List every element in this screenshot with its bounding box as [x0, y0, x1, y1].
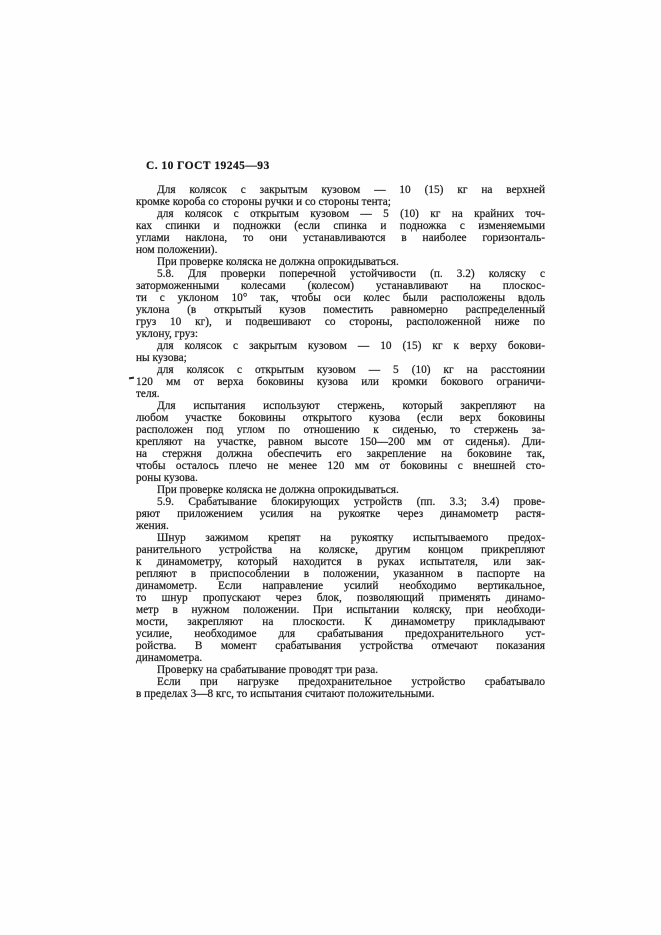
paragraph: 5.9. Срабатывание блокирующих устройств … [136, 496, 545, 532]
text-line: 120 мм от верха боковины кузова или кром… [136, 376, 545, 388]
text-line: кромке короба со стороны ручки и со стор… [136, 196, 545, 208]
text-line: Если при нагрузке предохранительное устр… [136, 676, 545, 688]
paragraph: При проверке коляска не должна опрокидыв… [136, 484, 545, 496]
paragraph: Шнур зажимом крепят на рукоятку испытыва… [136, 532, 545, 664]
text-line: Проверку на срабатывание проводят три ра… [136, 664, 545, 676]
text-line: чтобы осталось плечо не менее 120 мм от … [136, 460, 545, 472]
paragraph: для колясок с закрытым кузовом — 10 (15)… [136, 340, 545, 364]
paragraph: Для испытания используют стержень, котор… [136, 400, 545, 484]
paragraph: для колясок с открытым кузовом — 5 (10) … [136, 364, 545, 400]
text-line: на стержня должна обеспечить его закрепл… [136, 448, 545, 460]
text-line: ти с уклоном 10° так, чтобы оси колес бы… [136, 292, 545, 304]
paragraph: 5.8. Для проверки поперечной устойчивост… [136, 268, 545, 340]
paragraph: Для колясок с закрытым кузовом — 10 (15)… [136, 184, 545, 208]
text-line: к динамометру, который находится в руках… [136, 556, 545, 568]
text-line: крепляют на участке, равном высоте 150—2… [136, 436, 545, 448]
text-line: для колясок с открытым кузовом — 5 (10) … [136, 364, 545, 376]
text-line: для колясок с закрытым кузовом — 10 (15)… [136, 340, 545, 352]
scanned-document-page: С. 10 ГОСТ 19245—93 Для колясок с закрыт… [0, 0, 661, 935]
paragraph: для колясок с открытым кузовом — 5 (10) … [136, 208, 545, 256]
text-line: для колясок с открытым кузовом — 5 (10) … [136, 208, 545, 220]
text-line: груз 10 кг), и подвешивают со стороны, р… [136, 316, 545, 328]
running-header: С. 10 ГОСТ 19245—93 [146, 160, 270, 172]
text-line: уклону, груз: [136, 328, 545, 340]
text-line: углами наклона, то они устанавливаются в… [136, 232, 545, 244]
text-line: метр в нужном положении. При испытании к… [136, 604, 545, 616]
paragraph: Если при нагрузке предохранительное устр… [136, 676, 545, 700]
text-line: жения. [136, 520, 545, 532]
text-line: любом участке боковины открытого кузова … [136, 412, 545, 424]
text-line: Шнур зажимом крепят на рукоятку испытыва… [136, 532, 545, 544]
text-line: ройства. В момент срабатывания устройств… [136, 640, 545, 652]
text-line: ном положении). [136, 244, 545, 256]
text-line: 5.8. Для проверки поперечной устойчивост… [136, 268, 545, 280]
text-line: то шнур пропускают через блок, позволяющ… [136, 592, 545, 604]
text-line: динамометра. [136, 652, 545, 664]
text-line: Для испытания используют стержень, котор… [136, 400, 545, 412]
text-line: репляют в приспособлении в положении, ук… [136, 568, 545, 580]
text-line: заторможенными колесами (колесом) устана… [136, 280, 545, 292]
text-line: роны кузова. [136, 472, 545, 484]
text-line: динамометр. Если направление усилий необ… [136, 580, 545, 592]
text-line: уклона (в открытый кузов поместить равно… [136, 304, 545, 316]
text-line: в пределах 3—8 кгс, то испытания считают… [136, 688, 545, 700]
text-line: ны кузова; [136, 352, 545, 364]
text-line: 5.9. Срабатывание блокирующих устройств … [136, 496, 545, 508]
paragraph: Проверку на срабатывание проводят три ра… [136, 664, 545, 676]
scan-artifact-tick [129, 377, 134, 380]
text-line: ках спинки и подножки (если спинка и под… [136, 220, 545, 232]
document-body: Для колясок с закрытым кузовом — 10 (15)… [136, 184, 545, 700]
text-line: При проверке коляска не должна опрокидыв… [136, 256, 545, 268]
text-line: теля. [136, 388, 545, 400]
text-line: расположен под углом по отношению к сиде… [136, 424, 545, 436]
text-line: Для колясок с закрытым кузовом — 10 (15)… [136, 184, 545, 196]
text-line: усилие, необходимое для срабатывания пре… [136, 628, 545, 640]
text-line: мости, закрепляют на плоскости. К динамо… [136, 616, 545, 628]
text-line: ранительного устройства на коляске, друг… [136, 544, 545, 556]
text-line: При проверке коляска не должна опрокидыв… [136, 484, 545, 496]
paragraph: При проверке коляска не должна опрокидыв… [136, 256, 545, 268]
text-line: ряют приложением усилия на рукоятке чере… [136, 508, 545, 520]
